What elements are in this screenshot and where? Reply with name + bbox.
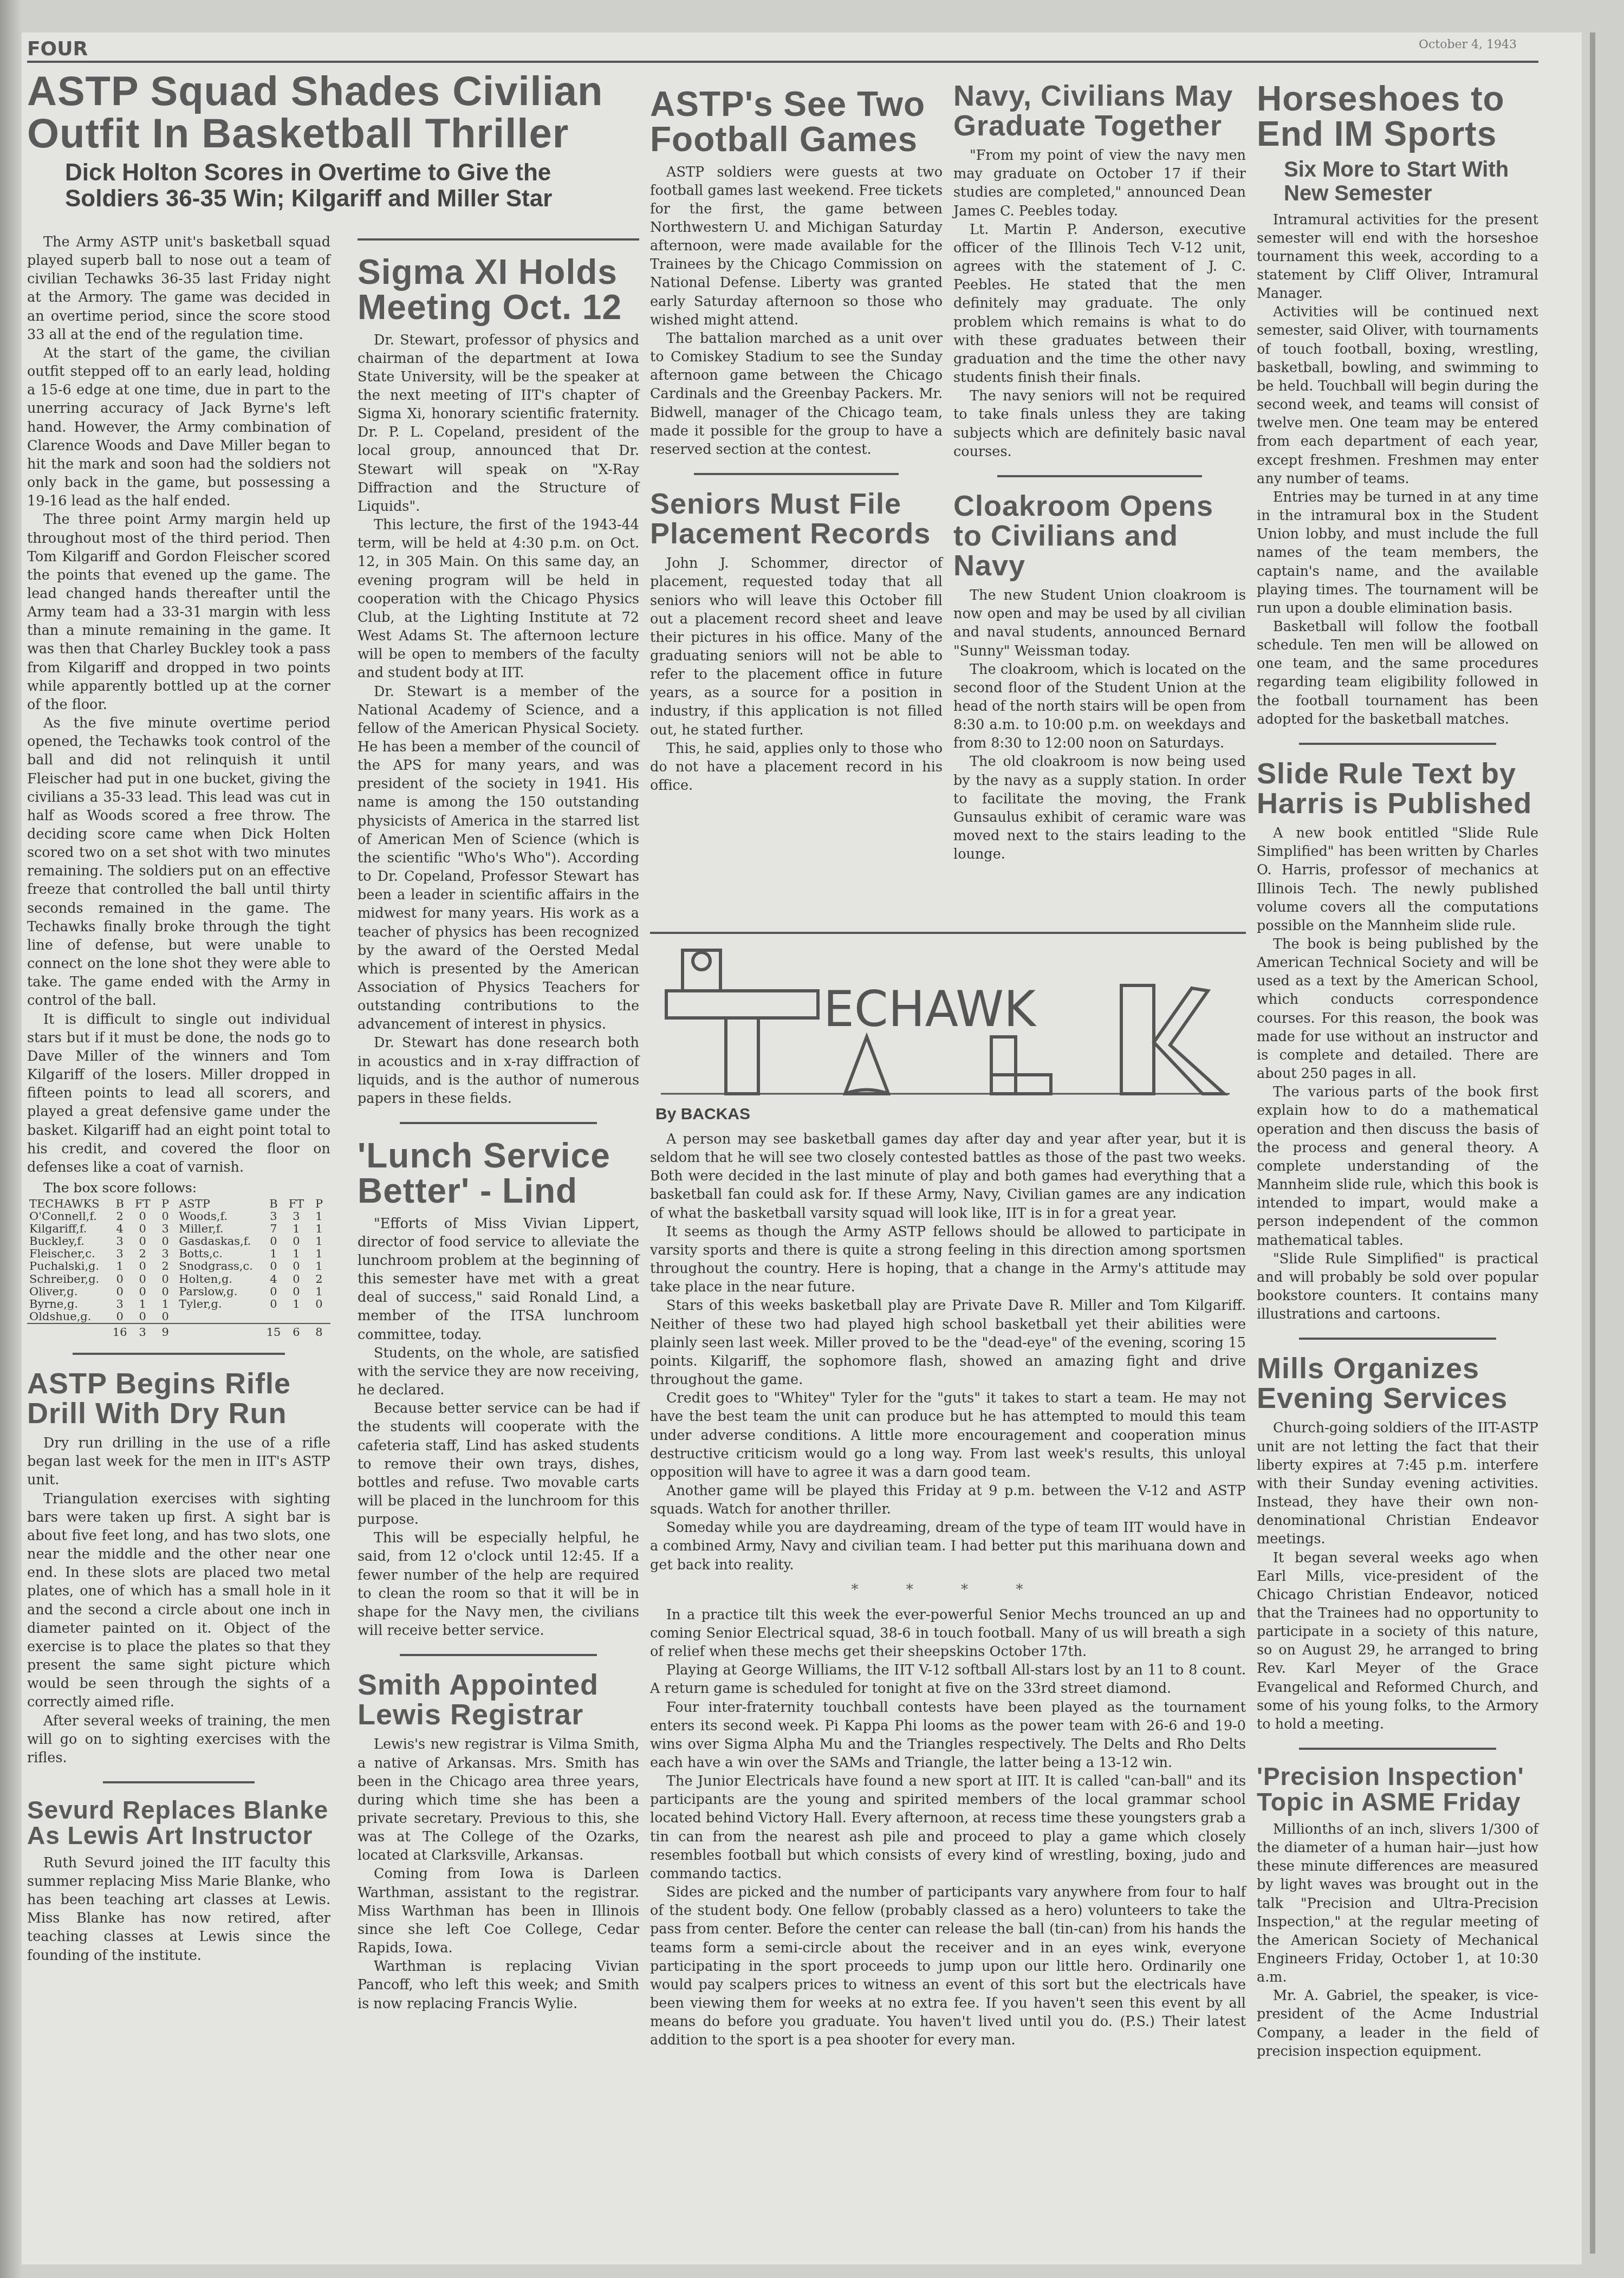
paragraph: The book is being published by the Ameri…	[1257, 935, 1538, 1083]
column-2: Sigma XI Holds Meeting Oct. 12 Dr. Stewa…	[358, 238, 639, 2013]
paragraph: ASTP soldiers were guests at two footbal…	[650, 163, 943, 329]
headline: Seniors Must File Placement Records	[650, 489, 943, 549]
box-score-cell: 1	[285, 1298, 308, 1310]
box-score-row: Byrne,g.311Tyler,g.010	[27, 1298, 330, 1310]
box-score-cell: Puchalski,g.	[27, 1260, 108, 1273]
section-separator: * * * *	[650, 1582, 1246, 1598]
box-score-cell: 3	[108, 1298, 131, 1310]
box-score-cell: Parslow,g.	[177, 1286, 262, 1298]
page-folio: FOUR	[27, 38, 93, 60]
headline: Sevurd Replaces Blanke As Lewis Art Inst…	[27, 1797, 330, 1848]
box-score-cell: 7	[262, 1223, 285, 1235]
box-score-cell: 0	[154, 1286, 177, 1298]
divider	[103, 1781, 255, 1783]
header-cell: FT	[131, 1198, 154, 1210]
paragraph: It began several weeks ago when Earl Mil…	[1257, 1549, 1538, 1734]
paragraph: Students, on the whole, are satisfied wi…	[358, 1344, 639, 1399]
box-score-cell: 1	[308, 1286, 330, 1298]
box-score-cell: 0	[108, 1273, 131, 1286]
paragraph: Millionths of an inch, slivers 1/300 of …	[1257, 1820, 1538, 1987]
paragraph: Someday while you are daydreaming, dream…	[650, 1518, 1246, 1574]
box-score-cell: 1	[308, 1260, 330, 1273]
box-score-cell: Woods,f.	[177, 1210, 262, 1223]
box-score-row: Puchalski,g.102Snodgrass,c.001	[27, 1260, 330, 1273]
box-score-cell: 3	[108, 1248, 131, 1260]
paragraph: This, he said, applies only to those who…	[650, 739, 943, 795]
box-score-cell: Oliver,g.	[27, 1286, 108, 1298]
column-5: Horseshoes to End IM Sports Six More to …	[1257, 81, 1538, 2061]
lead-story-headline-block: ASTP Squad Shades Civilian Outfit In Bas…	[27, 70, 639, 222]
paragraph: This will be especially helpful, he said…	[358, 1529, 639, 1640]
box-score-cell: 1	[308, 1223, 330, 1235]
box-score-cell: 2	[308, 1273, 330, 1286]
subheadline: Six More to Start With New Semester	[1284, 158, 1538, 205]
paragraph: Four inter-fraternity touchball contests…	[650, 1698, 1246, 1773]
box-score-cell: O'Connell,f.	[27, 1210, 108, 1223]
paragraph: The navy seniors will not be required to…	[953, 387, 1246, 461]
box-score-cell: Schreiber,g.	[27, 1273, 108, 1286]
paragraph: Lt. Martin P. Anderson, executive office…	[953, 220, 1246, 387]
paragraph: "Efforts of Miss Vivian Lippert, directo…	[358, 1215, 639, 1344]
box-score-row: Oliver,g.000Parslow,g.001	[27, 1286, 330, 1298]
box-score-cell: 2	[131, 1248, 154, 1260]
column-4: Navy, Civilians May Graduate Together "F…	[953, 81, 1246, 864]
header-cell: TECHAWKS	[27, 1198, 108, 1210]
paragraph: After several weeks of training, the men…	[27, 1712, 330, 1767]
scan-edge-shadow	[0, 0, 22, 2278]
total-cell: 6	[285, 1323, 308, 1339]
paragraph: Ruth Sevurd joined the IIT faculty this …	[27, 1854, 330, 1965]
divider	[1299, 1748, 1496, 1750]
box-score-cell: 0	[308, 1298, 330, 1310]
box-score-cell: 1	[308, 1248, 330, 1260]
binding-edge	[1590, 33, 1595, 2254]
paragraph: A person may see basketball games day af…	[650, 1130, 1246, 1223]
box-score-cell: 1	[285, 1223, 308, 1235]
article-astp-basketball: The Army ASTP unit's basketball squad pl…	[27, 233, 330, 1965]
subheadline: Dick Holton Scores in Overtime to Give t…	[65, 160, 639, 212]
paragraph: Stars of this weeks basketball play are …	[650, 1296, 1246, 1389]
paragraph: The Junior Electricals have found a new …	[650, 1772, 1246, 1883]
headline: 'Precision Inspection' Topic in ASME Fri…	[1257, 1764, 1538, 1815]
box-score-cell: 3	[262, 1210, 285, 1223]
box-score-cell: 2	[108, 1210, 131, 1223]
box-score-cell: 3	[154, 1248, 177, 1260]
box-score-cell: 0	[285, 1273, 308, 1286]
box-score-row: Buckley,f.300Gasdaskas,f.001	[27, 1235, 330, 1248]
header-cell: FT	[285, 1198, 308, 1210]
box-score-cell: Buckley,f.	[27, 1235, 108, 1248]
box-score-row: Kilgariff,f.403Miller,f.711	[27, 1223, 330, 1235]
box-score-cell: 0	[108, 1310, 131, 1323]
paragraph: It is difficult to single out individual…	[27, 1010, 330, 1177]
box-score-cell: 2	[154, 1260, 177, 1273]
box-score-cell: 1	[262, 1248, 285, 1260]
paragraph: Dr. Stewart, professor of physics and ch…	[358, 331, 639, 516]
box-score-cell: 1	[308, 1235, 330, 1248]
box-score-cell: 0	[131, 1310, 154, 1323]
box-score-cell: 0	[131, 1223, 154, 1235]
box-score-header-row: TECHAWKS B FT P ASTP B FT P	[27, 1198, 330, 1210]
paragraph: Sides are picked and the number of parti…	[650, 1883, 1246, 2049]
divider	[1299, 1338, 1496, 1340]
headline: Smith Appointed Lewis Registrar	[358, 1670, 639, 1730]
box-score-cell: 0	[131, 1260, 154, 1273]
header-cell: P	[308, 1198, 330, 1210]
paragraph: Church-going soldiers of the IIT-ASTP un…	[1257, 1419, 1538, 1548]
box-score-cell: 0	[262, 1286, 285, 1298]
box-score-row: Oldshue,g.000	[27, 1310, 330, 1323]
paragraph: Another game will be played this Friday …	[650, 1482, 1246, 1518]
box-score-cell: 1	[108, 1260, 131, 1273]
box-score-cell: 0	[262, 1298, 285, 1310]
box-score-cell	[177, 1310, 262, 1323]
headline: ASTP's See Two Football Games	[650, 87, 943, 158]
header-cell: B	[262, 1198, 285, 1210]
paragraph: Dr. Stewart is a member of the National …	[358, 683, 639, 1034]
techawk-talk-logo: ECHAWK	[650, 939, 1246, 1102]
paragraph: Basketball will follow the football sche…	[1257, 618, 1538, 729]
box-score-lead: The box score follows:	[43, 1180, 330, 1196]
paragraph: Lewis's new registrar is Vilma Smith, a …	[358, 1735, 639, 1865]
box-score-totals-row: 16 3 9 15 6 8	[27, 1323, 330, 1339]
box-score-cell: 0	[154, 1273, 177, 1286]
total-cell: 8	[308, 1323, 330, 1339]
paragraph: The three point Army margin held up thro…	[27, 510, 330, 714]
box-score-cell: Fleischer,c.	[27, 1248, 108, 1260]
box-score-cell: Snodgrass,c.	[177, 1260, 262, 1273]
box-score-cell: 0	[154, 1310, 177, 1323]
headline: Horseshoes to End IM Sports	[1257, 81, 1538, 152]
paragraph: "From my point of view the navy men may …	[953, 146, 1246, 220]
header-cell: P	[154, 1198, 177, 1210]
paragraph: "Slide Rule Simplified" is practical and…	[1257, 1250, 1538, 1324]
paragraph: As the five minute overtime period opene…	[27, 714, 330, 1010]
box-score-cell: Gasdaskas,f.	[177, 1235, 262, 1248]
column-3: ASTP's See Two Football Games ASTP soldi…	[650, 87, 943, 795]
box-score-cell: Botts,c.	[177, 1248, 262, 1260]
paragraph: Playing at George Williams, the IIT V-12…	[650, 1661, 1246, 1698]
box-score-cell: 3	[154, 1223, 177, 1235]
divider	[73, 1353, 285, 1355]
box-score-cell: 0	[262, 1260, 285, 1273]
total-cell	[177, 1323, 262, 1339]
paragraph: Intramural activities for the present se…	[1257, 211, 1538, 303]
box-score-cell: 1	[131, 1298, 154, 1310]
paragraph: The battalion marched as a unit over to …	[650, 329, 943, 459]
techawk-talk-illustration: ECHAWK	[650, 939, 1246, 1102]
box-score-cell: 0	[131, 1286, 154, 1298]
logo-text-top: ECHAWK	[823, 981, 1037, 1038]
total-cell: 9	[154, 1323, 177, 1339]
box-score-cell: 3	[108, 1235, 131, 1248]
box-score-cell	[285, 1310, 308, 1323]
paragraph: Entries may be turned in at any time in …	[1257, 488, 1538, 618]
box-score-cell: 0	[285, 1260, 308, 1273]
headline: Slide Rule Text by Harris is Published	[1257, 759, 1538, 819]
box-score-cell: 1	[285, 1248, 308, 1260]
box-score-cell: 0	[131, 1273, 154, 1286]
paragraph: Dry run drilling in the use of a rifle b…	[27, 1434, 330, 1489]
headline: Sigma XI Holds Meeting Oct. 12	[358, 255, 639, 326]
box-score-cell: 0	[285, 1235, 308, 1248]
box-score-row: Schreiber,g.000Holten,g.402	[27, 1273, 330, 1286]
paragraph: Warthman is replacing Vivian Pancoff, wh…	[358, 1957, 639, 2013]
total-cell: 3	[131, 1323, 154, 1339]
paragraph: In a practice tilt this week the ever-po…	[650, 1606, 1246, 1661]
paragraph: Dr. Stewart has done research both in ac…	[358, 1034, 639, 1108]
box-score-cell: 0	[108, 1286, 131, 1298]
box-score-table: TECHAWKS B FT P ASTP B FT P O'Connell,f.…	[27, 1198, 330, 1339]
box-score-cell: 0	[154, 1235, 177, 1248]
box-score-cell: 0	[154, 1210, 177, 1223]
box-score-cell: Miller,f.	[177, 1223, 262, 1235]
page-header-rule: FOUR October 4, 1943	[27, 44, 1538, 63]
paragraph: Activities will be continued next semest…	[1257, 303, 1538, 488]
box-score-cell	[262, 1310, 285, 1323]
total-cell	[27, 1323, 108, 1339]
paragraph: At the start of the game, the civilian o…	[27, 344, 330, 510]
header-cell: ASTP	[177, 1198, 262, 1210]
box-score-cell: 0	[285, 1286, 308, 1298]
box-score-cell: 4	[108, 1223, 131, 1235]
box-score-cell: Byrne,g.	[27, 1298, 108, 1310]
divider	[400, 1122, 597, 1124]
paragraph: Because better service can be had if the…	[358, 1399, 639, 1529]
paragraph: The new Student Union cloakroom is now o…	[953, 586, 1246, 660]
divider	[358, 238, 639, 241]
paragraph: The cloakroom, which is located on the s…	[953, 660, 1246, 753]
paragraph: Coming from Iowa is Darleen Warthman, as…	[358, 1865, 639, 1957]
total-cell: 15	[262, 1323, 285, 1339]
box-score-cell: 0	[262, 1235, 285, 1248]
paragraph: This lecture, the first of the 1943-44 t…	[358, 516, 639, 682]
headline: ASTP Squad Shades Civilian Outfit In Bas…	[27, 70, 639, 154]
box-score-cell: 4	[262, 1273, 285, 1286]
box-score-cell: Holten,g.	[177, 1273, 262, 1286]
paragraph: The various parts of the book first expl…	[1257, 1083, 1538, 1249]
paragraph: The Army ASTP unit's basketball squad pl…	[27, 233, 330, 344]
headline: Mills Organizes Evening Services	[1257, 1354, 1538, 1413]
paragraph: Mr. A. Gabriel, the speaker, is vice-pre…	[1257, 1987, 1538, 2061]
paragraph: A new book entitled "Slide Rule Simplifi…	[1257, 824, 1538, 935]
box-score-cell: Kilgariff,f.	[27, 1223, 108, 1235]
box-score-cell: Oldshue,g.	[27, 1310, 108, 1323]
headline: ASTP Begins Rifle Drill With Dry Run	[27, 1369, 330, 1429]
box-score-row: O'Connell,f.200Woods,f.331	[27, 1210, 330, 1223]
paragraph: Triangulation exercises with sighting ba…	[27, 1490, 330, 1712]
dateline: October 4, 1943	[1413, 38, 1517, 51]
headline: Navy, Civilians May Graduate Together	[953, 81, 1246, 141]
box-score-cell	[308, 1310, 330, 1323]
divider	[694, 473, 899, 475]
box-score-cell: 3	[285, 1210, 308, 1223]
box-score-cell: 1	[308, 1210, 330, 1223]
paragraph: Credit goes to "Whitey" Tyler for the "g…	[650, 1389, 1246, 1482]
divider	[1299, 743, 1496, 745]
paragraph: The old cloakroom is now being used by t…	[953, 752, 1246, 864]
total-cell: 16	[108, 1323, 131, 1339]
header-cell: B	[108, 1198, 131, 1210]
box-score-cell: 1	[154, 1298, 177, 1310]
divider	[997, 475, 1202, 477]
divider	[400, 1654, 597, 1656]
paragraph: It seems as though the Army ASTP fellows…	[650, 1223, 1246, 1297]
paragraph: John J. Schommer, director of placement,…	[650, 554, 943, 739]
techawk-talk-column: ECHAWK By BACKAS A person may see basket…	[650, 932, 1246, 2050]
byline: By BACKAS	[655, 1105, 1246, 1124]
box-score-cell: 0	[131, 1235, 154, 1248]
box-score-cell: Tyler,g.	[177, 1298, 262, 1310]
headline: Cloakroom Opens to Civilians and Navy	[953, 491, 1246, 581]
box-score-row: Fleischer,c.323Botts,c.111	[27, 1248, 330, 1260]
box-score-cell: 0	[131, 1210, 154, 1223]
divider	[650, 932, 1246, 934]
headline: 'Lunch Service Better' - Lind	[358, 1138, 639, 1209]
